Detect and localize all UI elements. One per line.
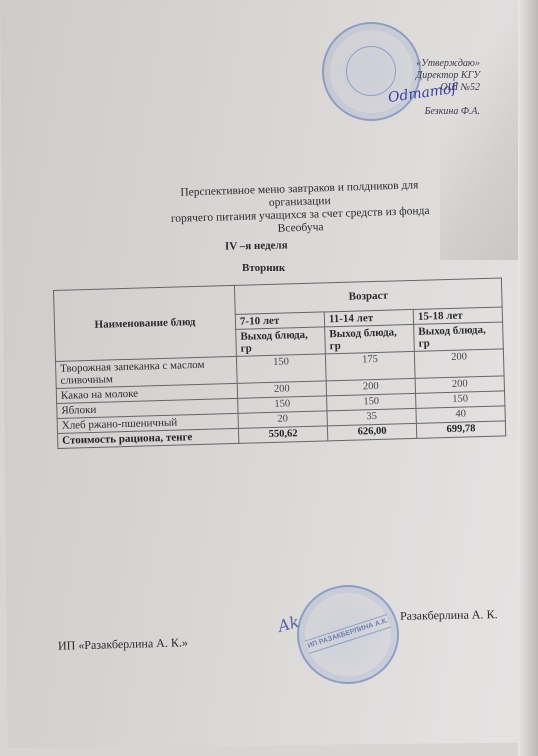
yield-label-1: Выход блюда, гр — [236, 327, 326, 356]
page-edge — [518, 0, 538, 756]
approval-line-4: Безкина Ф.А. — [370, 106, 480, 118]
document-title: Перспективное меню завтраков и полдников… — [149, 178, 450, 239]
footer-signatory: Разакберлина А. К. — [400, 607, 498, 624]
yield-value: 200 — [414, 349, 504, 378]
yield-label-3: Выход блюда, гр — [414, 322, 504, 351]
yield-value: 150 — [236, 354, 326, 383]
week-heading: IV –я неделя — [225, 239, 288, 252]
company-stamp: ИП РАЗАКБЕРЛИНА А.К. — [297, 585, 399, 684]
yield-value: 175 — [325, 351, 415, 380]
header-dish-name: Наименование блюд — [54, 285, 237, 361]
total-value: 626,00 — [327, 423, 416, 440]
approval-line-2: Директор КГУ — [370, 70, 480, 82]
yield-label-2: Выход блюда, гр — [325, 324, 415, 353]
day-heading: Вторник — [242, 262, 285, 274]
menu-table: Наименование блюд Возраст 7-10 лет 11-14… — [53, 277, 506, 448]
approval-line-1: «Утверждаю» — [370, 58, 480, 70]
total-value: 699,78 — [416, 421, 505, 438]
total-value: 550,62 — [238, 426, 327, 443]
